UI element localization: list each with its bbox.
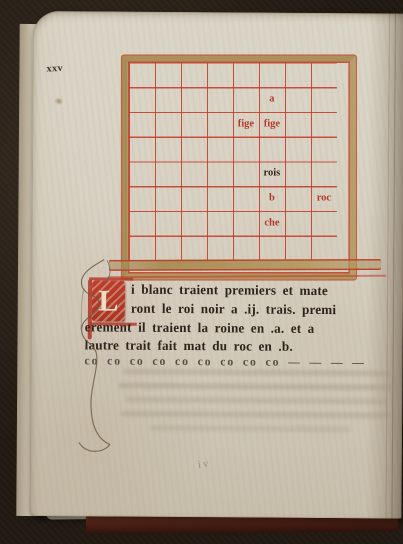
board-label-fierge-queen-2: fige: [259, 112, 285, 137]
board-label-fierge-queen-1: fige: [233, 112, 259, 137]
parchment-stain: [54, 97, 63, 105]
chess-diagram: afigefigeroisbrocche: [122, 55, 358, 279]
board-label-rook: roc: [311, 186, 337, 211]
board-label-knight: che: [259, 211, 285, 236]
board-label-target-square-b: b: [259, 186, 285, 211]
board-label-black-king: rois: [259, 161, 285, 186]
manuscript-leaf: xxv v iv afigefigeroisbrocche L i blanc …: [29, 11, 403, 519]
manuscript-photo: xxv v iv afigefigeroisbrocche L i blanc …: [0, 0, 403, 544]
verso-showthrough: [150, 425, 350, 432]
verso-showthrough: [118, 383, 396, 391]
folio-number: xxv: [46, 63, 63, 75]
verso-showthrough: [122, 369, 390, 377]
verso-showthrough: [125, 397, 387, 405]
text-line-1: i blanc traient premiers et mate: [131, 282, 328, 299]
margin-pen-flourish: [70, 257, 123, 459]
quire-signature: iv: [197, 457, 211, 471]
board-frame-bottom-bar: [109, 259, 381, 271]
text-line-2: ront le roi noir a .ij. trais. premi: [131, 301, 336, 318]
verso-showthrough: [120, 411, 390, 419]
board-label-target-square-a: a: [259, 87, 285, 112]
board-labels: afigefigeroisbrocche: [129, 62, 337, 260]
